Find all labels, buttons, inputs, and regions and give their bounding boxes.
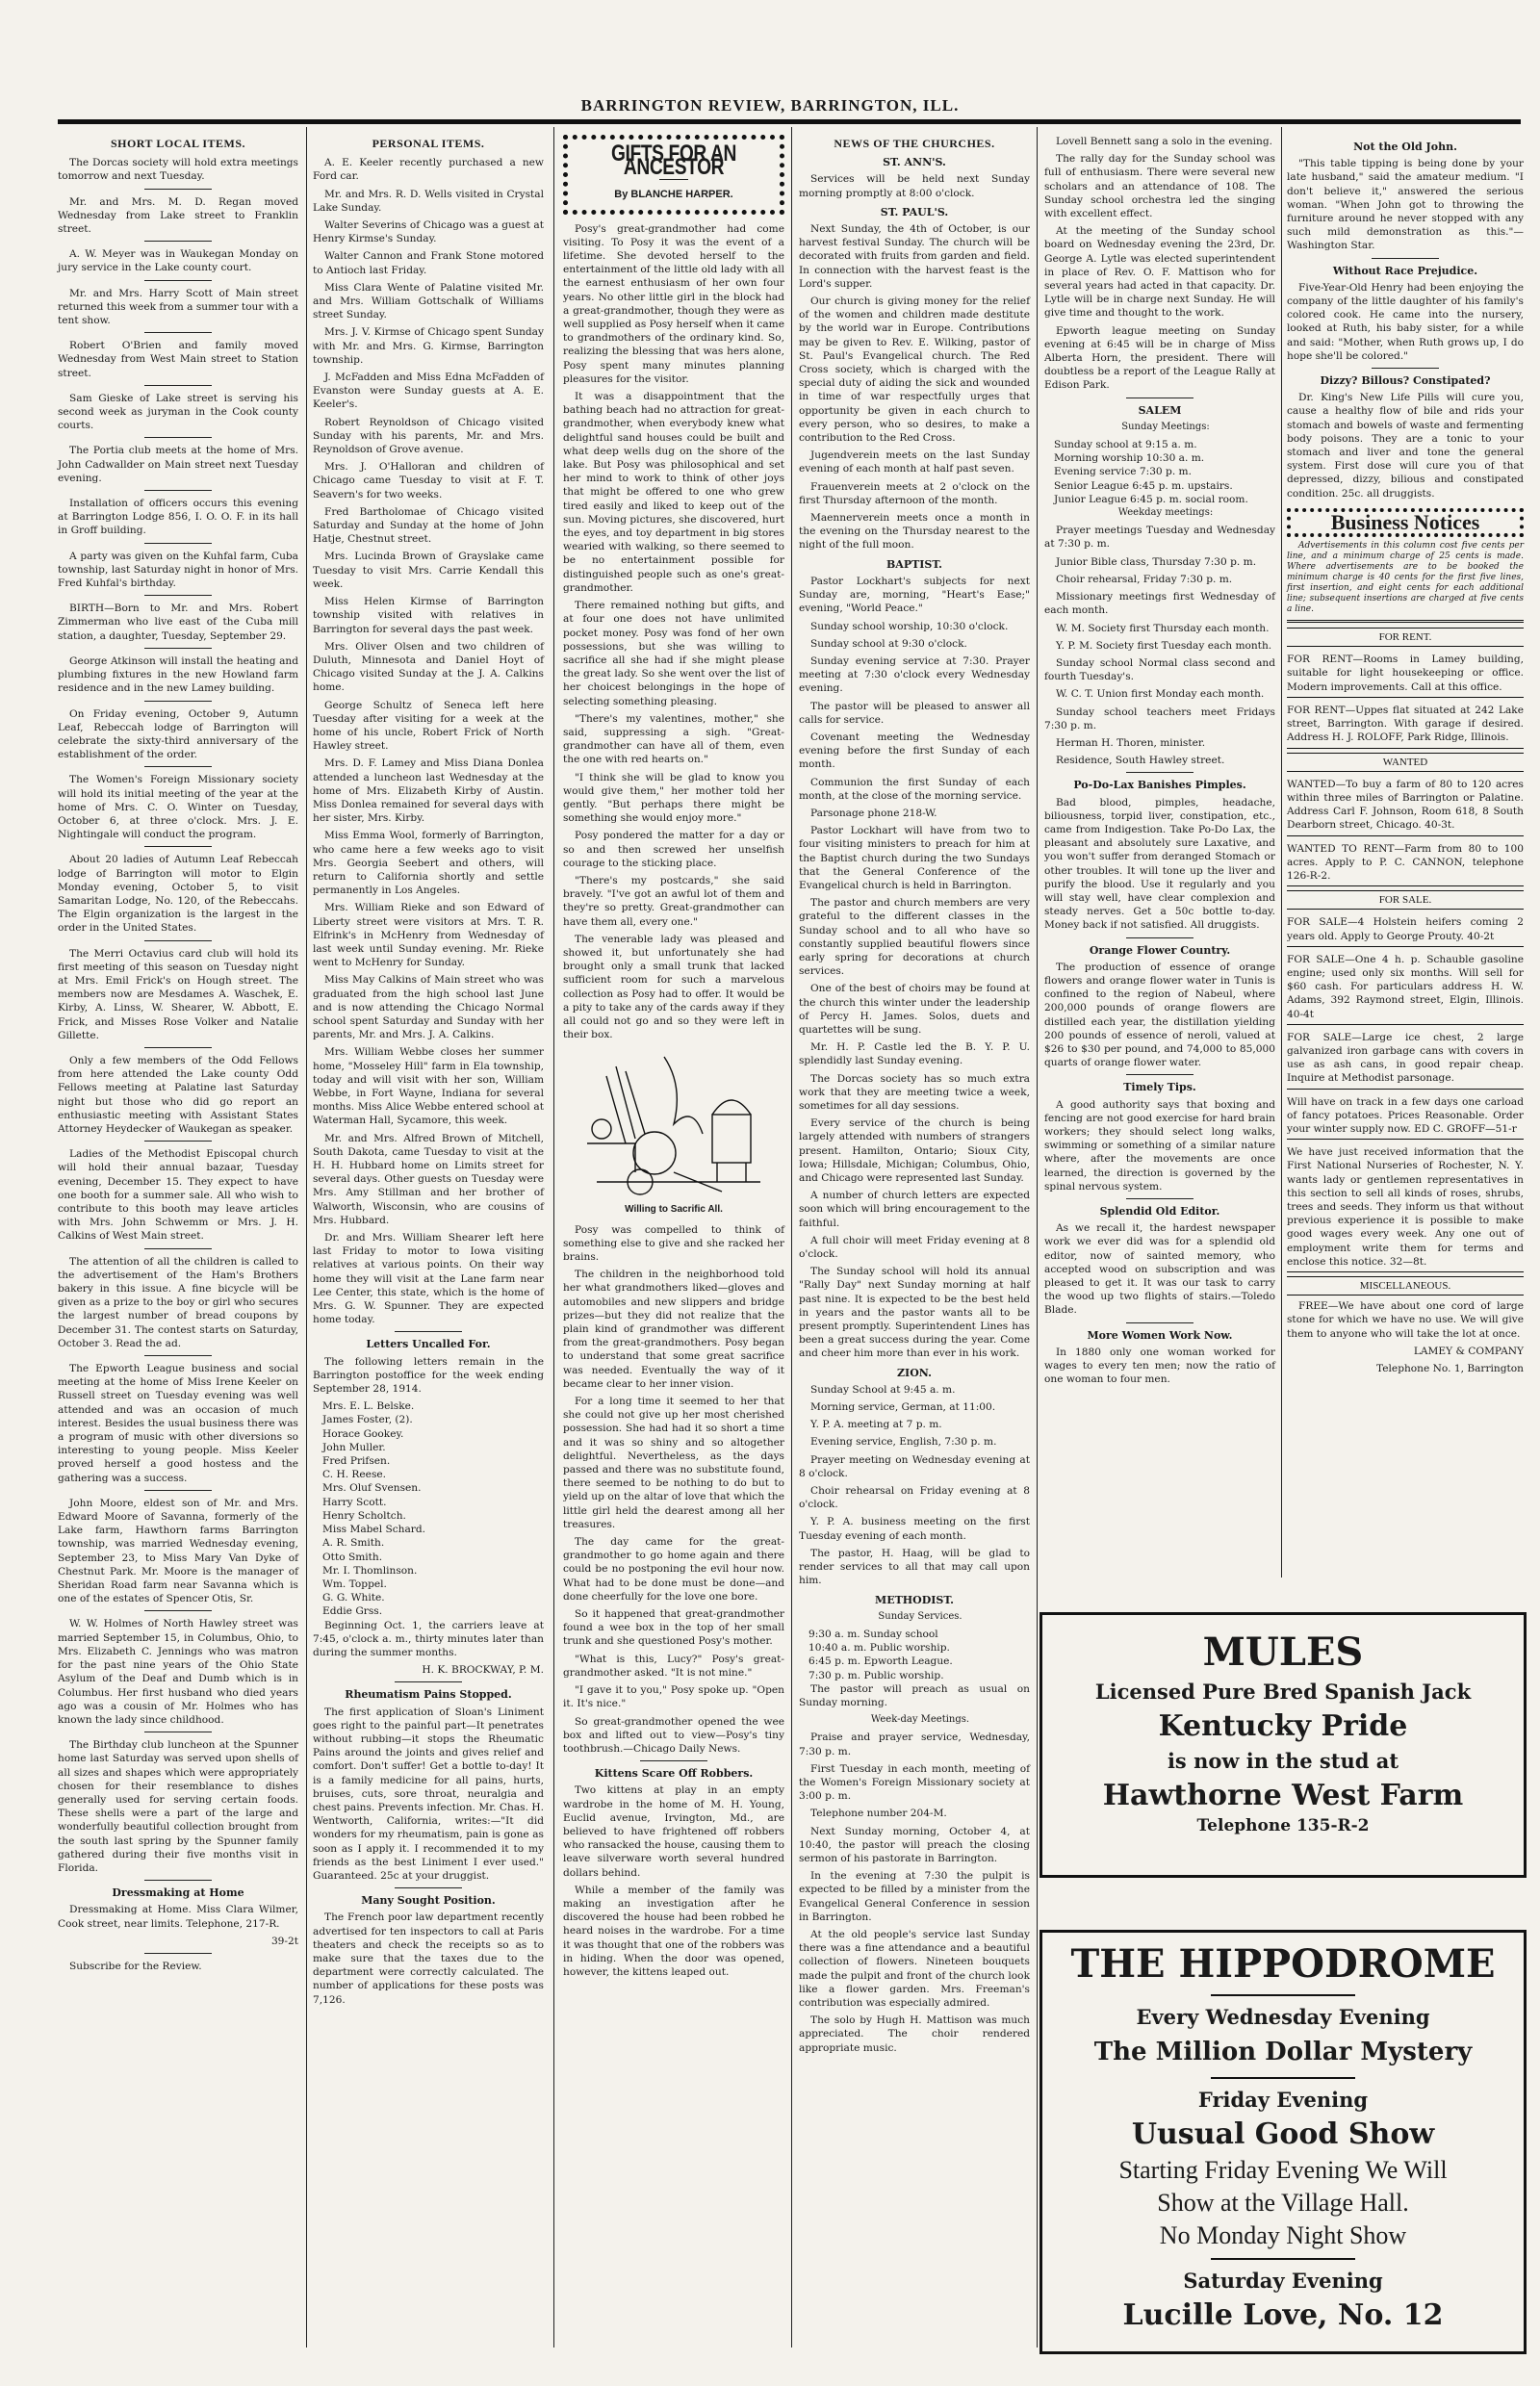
mules-advertisement: MULES Licensed Pure Bred Spanish Jack Ke… — [1039, 1612, 1527, 1878]
story-title-box: GIFTS FOR AN ANCESTOR By BLANCHE HARPER. — [563, 135, 784, 215]
letter-name: Horace Gookey. — [322, 1427, 544, 1441]
separator — [144, 1047, 212, 1048]
church-paragraph: Sunday School at 9:45 a. m. — [799, 1383, 1030, 1397]
mules-line4: is now in the stud at — [1042, 1746, 1524, 1777]
mules-line2: Licensed Pure Bred Spanish Jack — [1042, 1677, 1524, 1707]
separator — [144, 437, 212, 438]
column-classifieds: Not the Old John. "This table tipping is… — [1287, 135, 1524, 1379]
column-churches-continued: Lovell Bennett sang a solo in the evenin… — [1044, 135, 1275, 1390]
personal-item: Mrs. J. V. Kirmse of Chicago spent Sunda… — [313, 325, 544, 367]
separator — [395, 1887, 462, 1888]
separator — [144, 1880, 212, 1881]
for-rent-list: FOR RENT—Rooms in Lamey building, suitab… — [1287, 651, 1524, 748]
letter-name: Henry Scholtch. — [322, 1509, 544, 1523]
hippodrome-title: THE HIPPODROME — [1042, 1940, 1524, 1988]
story-paragraph: Posy was compelled to think of something… — [563, 1223, 784, 1265]
hippodrome-line9: Lucille Love, No. 12 — [1042, 2296, 1524, 2335]
story-paragraph: "What is this, Lucy?" Posy's great-grand… — [563, 1653, 784, 1680]
story-byline: By BLANCHE HARPER. — [572, 188, 776, 201]
letter-name: Fred Prifsen. — [322, 1454, 544, 1468]
misc-signature: LAMEY & COMPANY — [1287, 1345, 1524, 1358]
dizzy-text: Dr. King's New Life Pills will cure you,… — [1287, 391, 1524, 500]
race-text: Five-Year-Old Henry had been enjoying th… — [1287, 281, 1524, 363]
separator — [144, 543, 212, 544]
personal-item: Dr. and Mrs. William Shearer left here l… — [313, 1231, 544, 1326]
column-rule — [1037, 127, 1038, 2348]
separator — [640, 1760, 707, 1761]
church-paragraph: Pastor Lockhart's subjects for next Sund… — [799, 575, 1030, 616]
local-item: The Dorcas society will hold extra meeti… — [58, 156, 298, 183]
letter-name: John Muller. — [322, 1441, 544, 1454]
church-paragraph: Pastor Lockhart will have from two to fo… — [799, 824, 1030, 892]
personal-item: Mr. and Mrs. R. D. Wells visited in Crys… — [313, 188, 544, 215]
letters-intro: The following letters remain in the Barr… — [313, 1355, 544, 1397]
church-paragraph: The pastor and church members are very g… — [799, 896, 1030, 978]
story-paragraph: The venerable lady was pleased and showe… — [563, 933, 784, 1042]
church-paragraph: Jugendverein meets on the last Sunday ev… — [799, 449, 1030, 475]
local-item: Sam Gieske of Lake street is serving his… — [58, 392, 298, 433]
church-paragraph: The pastor will be pleased to answer all… — [799, 700, 1030, 727]
personal-item: Fred Bartholomae of Chicago visited Satu… — [313, 505, 544, 547]
mules-title: MULES — [1042, 1629, 1524, 1677]
local-item: The Epworth League business and social m… — [58, 1362, 298, 1485]
separator — [395, 1681, 462, 1682]
separator — [1211, 2258, 1355, 2260]
st-anns-heading: ST. ANN'S. — [799, 156, 1030, 169]
column-rule — [553, 127, 554, 2348]
classified-ad: FOR RENT—Rooms in Lamey building, suitab… — [1287, 651, 1524, 698]
column-rule — [1281, 127, 1282, 1578]
kittens-paragraph: Two kittens at play in an empty wardrobe… — [563, 1783, 784, 1879]
classified-ad: Will have on track in a few days one car… — [1287, 1093, 1524, 1141]
personal-item: Mrs. D. F. Lamey and Miss Diana Donlea a… — [313, 757, 544, 825]
personal-item: Miss May Calkins of Main street who was … — [313, 973, 544, 1041]
local-item: Mr. and Mrs. M. D. Regan moved Wednesday… — [58, 195, 298, 237]
personal-item: Mrs. Oliver Olsen and two children of Du… — [313, 640, 544, 695]
hippodrome-line1: Every Wednesday Evening — [1042, 2002, 1524, 2033]
church-paragraph: Sunday evening service at 7:30. Prayer m… — [799, 654, 1030, 696]
schedule-item: Senior League 6:45 p. m. upstairs. — [1054, 479, 1275, 493]
podolax-text: Bad blood, pimples, headache, biliousnes… — [1044, 796, 1275, 933]
local-item: About 20 ladies of Autumn Leaf Rebeccah … — [58, 853, 298, 935]
separator — [1126, 937, 1193, 938]
masthead: BARRINGTON REVIEW, BARRINGTON, ILL. — [0, 96, 1540, 115]
story-paragraph: "I think she will be glad to know you wo… — [563, 771, 784, 826]
church-paragraph: Frauenverein meets at 2 o'clock on the f… — [799, 480, 1030, 507]
women-heading: More Women Work Now. — [1044, 1329, 1275, 1343]
classified-ad: FOR RENT—Uppes flat situated at 242 Lake… — [1287, 702, 1524, 749]
local-item: The Women's Foreign Missionary society w… — [58, 773, 298, 841]
hippodrome-line2: The Million Dollar Mystery — [1042, 2033, 1524, 2071]
church-paragraph: Communion the first Sunday of each month… — [799, 776, 1030, 803]
schedule-item: Missionary meetings first Wednesday of e… — [1044, 590, 1275, 617]
misc-phone: Telephone No. 1, Barrington — [1287, 1362, 1524, 1375]
letters-list: Mrs. E. L. Belske.James Foster, (2).Hora… — [313, 1399, 544, 1618]
separator — [144, 846, 212, 847]
story-paragraph: "There's my valentines, mother," she sai… — [563, 712, 784, 767]
church-paragraph: First Tuesday in each month, meeting of … — [799, 1762, 1030, 1804]
personal-item: Mrs. Lucinda Brown of Grayslake came Tue… — [313, 550, 544, 591]
letter-name: James Foster, (2). — [322, 1413, 544, 1426]
separator — [1126, 1074, 1193, 1075]
separator — [1211, 1994, 1355, 1996]
story-paragraph: The day came for the great-grandmother t… — [563, 1535, 784, 1603]
story-paragraph: "I gave it to you," Posy spoke up. "Open… — [563, 1683, 784, 1710]
schedule-item: 7:30 p. m. Public worship. — [808, 1669, 1030, 1682]
schedule-item: Junior Bible class, Thursday 7:30 p. m. — [1044, 555, 1275, 569]
for-rent-heading: FOR RENT. — [1287, 628, 1524, 647]
separator — [144, 241, 212, 242]
baptist-body: Pastor Lockhart's subjects for next Sund… — [799, 575, 1030, 1361]
church-paragraph: Morning service, German, at 11:00. — [799, 1400, 1030, 1414]
schedule-item: 6:45 p. m. Epworth League. — [808, 1655, 1030, 1668]
methodist-sub: Sunday Services. — [799, 1610, 1030, 1624]
letter-name: Mr. I. Thomlinson. — [322, 1564, 544, 1578]
column-rule — [791, 127, 792, 2348]
story-paragraph: Posy's great-grandmother had come visiti… — [563, 222, 784, 386]
misc-text: FREE—We have about one cord of large sto… — [1287, 1299, 1524, 1341]
church-paragraph: Lovell Bennett sang a solo in the evenin… — [1044, 135, 1275, 148]
salem-minister: Herman H. Thoren, minister. — [1044, 736, 1275, 750]
schedule-item: Prayer meetings Tuesday and Wednesday at… — [1044, 524, 1275, 551]
schedule-item: 10:40 a. m. Public worship. — [808, 1641, 1030, 1655]
separator — [144, 280, 212, 281]
business-notices-rates: Advertisements in this column cost five … — [1287, 541, 1524, 615]
orange-heading: Orange Flower Country. — [1044, 944, 1275, 958]
st-pauls-body: Next Sunday, the 4th of October, is our … — [799, 222, 1030, 552]
classified-ad: WANTED—To buy a farm of 80 to 120 acres … — [1287, 776, 1524, 836]
masthead-rule — [58, 119, 1521, 124]
business-notices-heading: Business Notices — [1287, 508, 1524, 537]
personal-item: Mrs. William Webbe closes her summer hom… — [313, 1045, 544, 1127]
local-item: A. W. Meyer was in Waukegan Monday on ju… — [58, 247, 298, 274]
story-body-continued: Posy was compelled to think of something… — [563, 1223, 784, 1757]
separator — [144, 332, 212, 333]
hippodrome-line7: No Monday Night Show — [1042, 2219, 1524, 2252]
section-heading: SHORT LOCAL ITEMS. — [58, 137, 298, 150]
separator — [144, 1953, 212, 1954]
mules-line5: Hawthorne West Farm — [1042, 1777, 1524, 1815]
separator — [1126, 398, 1193, 398]
personal-item: Mrs. William Rieke and son Edward of Lib… — [313, 901, 544, 969]
local-item: John Moore, eldest son of Mr. and Mrs. E… — [58, 1497, 298, 1606]
rheumatism-text: The first application of Sloan's Linimen… — [313, 1706, 544, 1884]
separator — [144, 1141, 212, 1142]
separator — [144, 189, 212, 190]
letter-name: Miss Mabel Schard. — [322, 1523, 544, 1536]
letter-name: Mrs. Oluf Svensen. — [322, 1481, 544, 1495]
schedule-item: W. M. Society first Thursday each month. — [1044, 622, 1275, 635]
local-item: Robert O'Brien and family moved Wednesda… — [58, 339, 298, 380]
letter-name: Wm. Toppel. — [322, 1578, 544, 1591]
personal-item: Mrs. J. O'Halloran and children of Chica… — [313, 460, 544, 501]
separator — [1126, 1198, 1193, 1199]
church-paragraph: Every service of the church is being lar… — [799, 1116, 1030, 1185]
personal-item: Miss Clara Wente of Palatine visited Mr.… — [313, 281, 544, 322]
church-paragraph: Choir rehearsal on Friday evening at 8 o… — [799, 1484, 1030, 1511]
separator — [144, 940, 212, 941]
column-churches: NEWS OF THE CHURCHES. ST. ANN'S. Service… — [799, 135, 1030, 2059]
methodist-heading: METHODIST. — [799, 1594, 1030, 1607]
church-paragraph: Sunday school worship, 10:30 o'clock. — [799, 620, 1030, 633]
local-item: BIRTH—Born to Mr. and Mrs. Robert Zimmer… — [58, 602, 298, 643]
story-paragraph: It was a disappointment that the bathing… — [563, 390, 784, 595]
for-sale-heading: FOR SALE. — [1287, 890, 1524, 910]
schedule-item: Sunday school Normal class second and fo… — [1044, 656, 1275, 683]
separator — [144, 1610, 212, 1611]
kittens-body: Two kittens at play in an empty wardrobe… — [563, 1783, 784, 1979]
separator — [144, 648, 212, 649]
hippodrome-line5: Starting Friday Evening We Will — [1042, 2154, 1524, 2187]
tips-text: A good authority says that boxing and fe… — [1044, 1098, 1275, 1193]
kittens-paragraph: While a member of the family was making … — [563, 1884, 784, 1979]
column-story: GIFTS FOR AN ANCESTOR By BLANCHE HARPER.… — [563, 135, 784, 1983]
section-heading: PERSONAL ITEMS. — [313, 137, 544, 150]
separator — [1126, 772, 1193, 773]
church-paragraph: Y. P. A. business meeting on the first T… — [799, 1515, 1030, 1542]
methodist-weekday-heading: Week-day Meetings. — [799, 1713, 1030, 1727]
separator — [144, 1355, 212, 1356]
letter-name: Mrs. E. L. Belske. — [322, 1399, 544, 1413]
salem-weekday-list: Prayer meetings Tuesday and Wednesday at… — [1044, 524, 1275, 732]
church-paragraph: One of the best of choirs may be found a… — [799, 982, 1030, 1037]
letters-note: Beginning Oct. 1, the carriers leave at … — [313, 1619, 544, 1660]
subscribe-note: Subscribe for the Review. — [58, 1960, 298, 1973]
separator — [144, 1248, 212, 1249]
separator — [144, 766, 212, 767]
letter-name: C. H. Reese. — [322, 1468, 544, 1481]
mules-line6: Telephone 135-R-2 — [1042, 1815, 1524, 1836]
church-paragraph: Maennerverein meets once a month in the … — [799, 511, 1030, 552]
letter-name: Harry Scott. — [322, 1496, 544, 1509]
wanted-heading: WANTED — [1287, 753, 1524, 772]
letter-name: G. G. White. — [322, 1591, 544, 1604]
church-paragraph: The Dorcas society has so much extra wor… — [799, 1072, 1030, 1114]
personal-item: Robert Reynoldson of Chicago visited Sun… — [313, 416, 544, 457]
classified-ad: FOR SALE—Large ice chest, 2 large galvan… — [1287, 1029, 1524, 1090]
personal-item: George Schultz of Seneca left here Tuesd… — [313, 699, 544, 754]
separator — [1372, 368, 1439, 369]
schedule-item: Choir rehearsal, Friday 7:30 p. m. — [1044, 573, 1275, 586]
separator — [395, 1331, 462, 1332]
church-paragraph: At the meeting of the Sunday school boar… — [1044, 224, 1275, 320]
dizzy-heading: Dizzy? Billous? Constipated? — [1287, 374, 1524, 388]
race-heading: Without Race Prejudice. — [1287, 265, 1524, 278]
wanted-list: WANTED—To buy a farm of 80 to 120 acres … — [1287, 776, 1524, 886]
dressmaking-heading: Dressmaking at Home — [58, 1886, 298, 1900]
church-paragraph: Parsonage phone 218-W. — [799, 807, 1030, 820]
church-paragraph: Epworth league meeting on Sunday evening… — [1044, 324, 1275, 393]
story-illustration — [568, 1047, 780, 1201]
church-paragraph: A full choir will meet Friday evening at… — [799, 1234, 1030, 1261]
hippodrome-line8: Saturday Evening — [1042, 2266, 1524, 2296]
illustration-caption: Willing to Sacrific All. — [563, 1203, 784, 1217]
church-paragraph: Covenant meeting the Wednesday evening b… — [799, 731, 1030, 772]
illustration-drawing — [568, 1047, 780, 1201]
editor-text: As we recall it, the hardest newspaper w… — [1044, 1221, 1275, 1317]
schedule-item: Evening service 7:30 p. m. — [1054, 465, 1275, 478]
salem-heading: SALEM — [1044, 404, 1275, 418]
hippodrome-advertisement: THE HIPPODROME Every Wednesday Evening T… — [1039, 1930, 1527, 2354]
church-paragraph: Prayer meeting on Wednesday evening at 8… — [799, 1453, 1030, 1480]
zion-body: Sunday School at 9:45 a. m.Morning servi… — [799, 1383, 1030, 1588]
baptist-heading: BAPTIST. — [799, 558, 1030, 572]
church-paragraph: The pastor, H. Haag, will be glad to ren… — [799, 1547, 1030, 1588]
podolax-heading: Po-Do-Lax Banishes Pimples. — [1044, 779, 1275, 792]
section-heading: NEWS OF THE CHURCHES. — [799, 137, 1030, 150]
church-notes: Lovell Bennett sang a solo in the evenin… — [1044, 135, 1275, 393]
hippodrome-line6: Show at the Village Hall. — [1042, 2187, 1524, 2219]
letter-name: Otto Smith. — [322, 1551, 544, 1564]
letters-heading: Letters Uncalled For. — [313, 1338, 544, 1351]
separator — [144, 385, 212, 386]
letter-name: Eddie Grss. — [322, 1604, 544, 1618]
schedule-item: Y. P. M. Society first Tuesday each mont… — [1044, 639, 1275, 653]
john-text: "This table tipping is being done by you… — [1287, 157, 1524, 252]
hippodrome-line4: Uusual Good Show — [1042, 2116, 1524, 2154]
orange-text: The production of essence of orange flow… — [1044, 961, 1275, 1070]
classified-ad: We have just received information that t… — [1287, 1143, 1524, 1272]
story-paragraph: For a long time it seemed to her that sh… — [563, 1395, 784, 1531]
story-paragraph: So great-grandmother opened the wee box … — [563, 1715, 784, 1757]
separator — [1372, 258, 1439, 259]
column-rule — [306, 127, 307, 2348]
church-paragraph: Next Sunday morning, October 4, at 10:40… — [799, 1825, 1030, 1866]
separator — [1287, 620, 1524, 623]
local-item: W. W. Holmes of North Hawley street was … — [58, 1617, 298, 1727]
story-title: GIFTS FOR AN ANCESTOR — [592, 147, 756, 174]
separator — [1211, 2077, 1355, 2079]
zion-heading: ZION. — [799, 1367, 1030, 1380]
classified-ad: FOR SALE—4 Holstein heifers coming 2 yea… — [1287, 913, 1524, 946]
personal-item: Walter Severins of Chicago was a guest a… — [313, 218, 544, 245]
st-anns-text: Services will be held next Sunday mornin… — [799, 172, 1030, 199]
church-paragraph: Evening service, English, 7:30 p. m. — [799, 1435, 1030, 1449]
editor-heading: Splendid Old Editor. — [1044, 1205, 1275, 1219]
st-pauls-heading: ST. PAUL'S. — [799, 206, 1030, 219]
schedule-item: Sunday school teachers meet Fridays 7:30… — [1044, 706, 1275, 732]
schedule-item: 9:30 a. m. Sunday school — [808, 1628, 1030, 1641]
local-item: The Portia club meets at the home of Mrs… — [58, 444, 298, 485]
salem-sunday-list: Sunday school at 9:15 a. m.Morning worsh… — [1044, 438, 1275, 506]
rheumatism-heading: Rheumatism Pains Stopped. — [313, 1688, 544, 1702]
position-heading: Many Sought Position. — [313, 1894, 544, 1908]
methodist-schedule: 9:30 a. m. Sunday school10:40 a. m. Publ… — [799, 1628, 1030, 1682]
personal-item: Walter Cannon and Frank Stone motored to… — [313, 249, 544, 276]
separator — [144, 701, 212, 702]
local-item: Only a few members of the Odd Fellows fr… — [58, 1054, 298, 1136]
separator — [144, 1490, 212, 1491]
separator — [144, 1732, 212, 1732]
personal-item: Mr. and Mrs. Alfred Brown of Mitchell, S… — [313, 1132, 544, 1227]
local-item: The Birthday club luncheon at the Spunne… — [58, 1738, 298, 1875]
letter-name: A. R. Smith. — [322, 1536, 544, 1550]
church-paragraph: The rally day for the Sunday school was … — [1044, 152, 1275, 220]
personal-item: Miss Helen Kirmse of Barrington township… — [313, 595, 544, 636]
local-item: George Atkinson will install the heating… — [58, 654, 298, 696]
personal-item: A. E. Keeler recently purchased a new Fo… — [313, 156, 544, 183]
story-paragraph: So it happened that great-grandmother fo… — [563, 1607, 784, 1649]
separator — [1126, 1322, 1193, 1323]
column-short-local-items: SHORT LOCAL ITEMS. The Dorcas society wi… — [58, 135, 298, 1977]
church-paragraph: Praise and prayer service, Wednesday, 7:… — [799, 1731, 1030, 1757]
local-items-list: The Dorcas society will hold extra meeti… — [58, 156, 298, 1875]
salem-residence: Residence, South Hawley street. — [1044, 754, 1275, 767]
church-paragraph: Y. P. A. meeting at 7 p. m. — [799, 1418, 1030, 1431]
methodist-body: Praise and prayer service, Wednesday, 7:… — [799, 1731, 1030, 2054]
salem-weekday-heading: Weekday meetings: — [1044, 506, 1275, 520]
local-item: Installation of officers occurs this eve… — [58, 497, 298, 538]
schedule-item: Morning worship 10:30 a. m. — [1054, 451, 1275, 465]
church-paragraph: A number of church letters are expected … — [799, 1189, 1030, 1230]
story-paragraph: "There's my postcards," she said bravely… — [563, 874, 784, 929]
schedule-item: Junior League 6:45 p. m. social room. — [1054, 493, 1275, 506]
misc-heading: MISCELLANEOUS. — [1287, 1276, 1524, 1296]
church-paragraph: Our church is giving money for the relie… — [799, 295, 1030, 445]
kittens-heading: Kittens Scare Off Robbers. — [563, 1767, 784, 1781]
local-item: Mr. and Mrs. Harry Scott of Main street … — [58, 287, 298, 328]
church-paragraph: The Sunday school will hold its annual "… — [799, 1265, 1030, 1360]
separator — [144, 595, 212, 596]
john-heading: Not the Old John. — [1287, 141, 1524, 154]
schedule-item: Sunday school at 9:15 a. m. — [1054, 438, 1275, 451]
hippodrome-line3: Friday Evening — [1042, 2085, 1524, 2116]
church-paragraph: Mr. H. P. Castle led the B. Y. P. U. spl… — [799, 1040, 1030, 1067]
church-paragraph: The solo by Hugh H. Mattison was much ap… — [799, 2014, 1030, 2055]
letters-signature: H. K. BROCKWAY, P. M. — [313, 1663, 544, 1677]
local-item: On Friday evening, October 9, Autumn Lea… — [58, 707, 298, 762]
story-body: Posy's great-grandmother had come visiti… — [563, 222, 784, 1042]
classified-ad: WANTED TO RENT—Farm from 80 to 100 acres… — [1287, 840, 1524, 887]
church-paragraph: Sunday school at 9:30 o'clock. — [799, 637, 1030, 651]
local-item: Ladies of the Methodist Episcopal church… — [58, 1147, 298, 1243]
local-item: The attention of all the children is cal… — [58, 1255, 298, 1350]
church-paragraph: In the evening at 7:30 the pulpit is exp… — [799, 1869, 1030, 1924]
personal-item: Miss Emma Wool, formerly of Barrington, … — [313, 829, 544, 897]
dressmaking-text: Dressmaking at Home. Miss Clara Wilmer, … — [58, 1903, 298, 1930]
position-text: The French poor law department recently … — [313, 1911, 544, 2006]
local-item: A party was given on the Kuhfal farm, Cu… — [58, 550, 298, 591]
story-paragraph: Posy pondered the matter for a day or so… — [563, 829, 784, 870]
classified-ad: FOR SALE—One 4 h. p. Schauble gasoline e… — [1287, 951, 1524, 1025]
mules-line3: Kentucky Pride — [1042, 1707, 1524, 1746]
personal-items-list: A. E. Keeler recently purchased a new Fo… — [313, 156, 544, 1326]
local-item: The Merri Octavius card club will hold i… — [58, 947, 298, 1042]
dressmaking-code: 39-2t — [58, 1935, 298, 1948]
church-paragraph: At the old people's service last Sunday … — [799, 1928, 1030, 2010]
salem-sunday-heading: Sunday Meetings: — [1044, 421, 1275, 434]
tips-heading: Timely Tips. — [1044, 1081, 1275, 1094]
methodist-preach: The pastor will preach as usual on Sunda… — [799, 1682, 1030, 1709]
church-paragraph: Telephone number 204-M. — [799, 1807, 1030, 1820]
story-paragraph: There remained nothing but gifts, and at… — [563, 599, 784, 708]
for-sale-list: FOR SALE—4 Holstein heifers coming 2 yea… — [1287, 913, 1524, 1272]
schedule-item: W. C. T. Union first Monday each month. — [1044, 687, 1275, 701]
story-paragraph: The children in the neighborhood told he… — [563, 1268, 784, 1391]
women-text: In 1880 only one woman worked for wages … — [1044, 1346, 1275, 1387]
personal-item: J. McFadden and Miss Edna McFadden of Ev… — [313, 371, 544, 412]
church-paragraph: Next Sunday, the 4th of October, is our … — [799, 222, 1030, 291]
separator — [144, 490, 212, 491]
column-personal-items: PERSONAL ITEMS. A. E. Keeler recently pu… — [313, 135, 544, 2011]
